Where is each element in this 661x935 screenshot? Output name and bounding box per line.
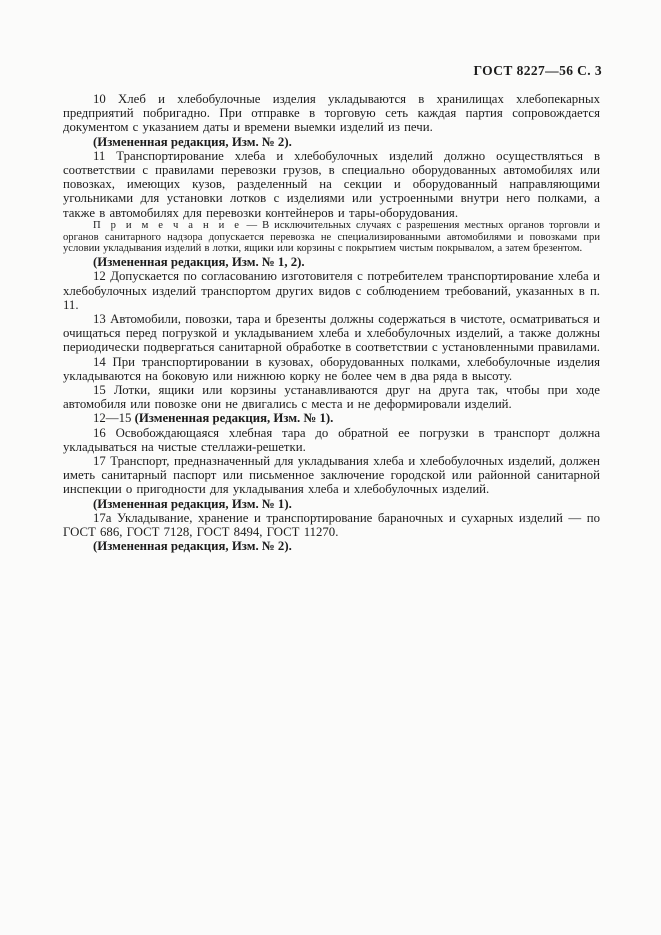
paragraph-17a: 17а Укладывание, хранение и транспортиро… (63, 511, 600, 539)
paragraph-16: 16 Освобождающаяся хлебная тара до обрат… (63, 426, 600, 454)
paragraph-15: 15 Лотки, ящики или корзины устанавливаю… (63, 383, 600, 411)
revision-note-12-15: 12—15 (Измененная редакция, Изм. № 1). (63, 411, 600, 425)
revision-note-after-10: (Измененная редакция, Изм. № 2). (63, 135, 600, 149)
paragraph-14: 14 При транспортировании в кузовах, обор… (63, 355, 600, 383)
note-paragraph: П р и м е ч а н и е — В исключительных с… (63, 220, 600, 255)
note-label: П р и м е ч а н и е (93, 220, 242, 231)
paragraph-10: 10 Хлеб и хлебобулочные изделия укладыва… (63, 92, 600, 135)
scanned-document-page: { "doc": { "header": "ГОСТ 8227—56 С. 3"… (0, 0, 661, 935)
paragraph-12: 12 Допускается по согласованию изготовит… (63, 269, 600, 312)
revision-bold-text: (Измененная редакция, Изм. № 1). (135, 411, 334, 425)
revision-note-after-11: (Измененная редакция, Изм. № 1, 2). (63, 255, 600, 269)
paragraph-13: 13 Автомобили, повозки, тара и брезенты … (63, 312, 600, 355)
revision-range-prefix: 12—15 (93, 411, 135, 425)
page-header-gost-number: ГОСТ 8227—56 С. 3 (474, 63, 602, 79)
paragraph-17: 17 Транспорт, предназначенный для уклады… (63, 454, 600, 497)
revision-note-after-17: (Измененная редакция, Изм. № 1). (63, 497, 600, 511)
document-body: 10 Хлеб и хлебобулочные изделия укладыва… (63, 92, 600, 553)
paragraph-11: 11 Транспортирование хлеба и хлебобулочн… (63, 149, 600, 220)
revision-note-after-17a: (Измененная редакция, Изм. № 2). (63, 539, 600, 553)
